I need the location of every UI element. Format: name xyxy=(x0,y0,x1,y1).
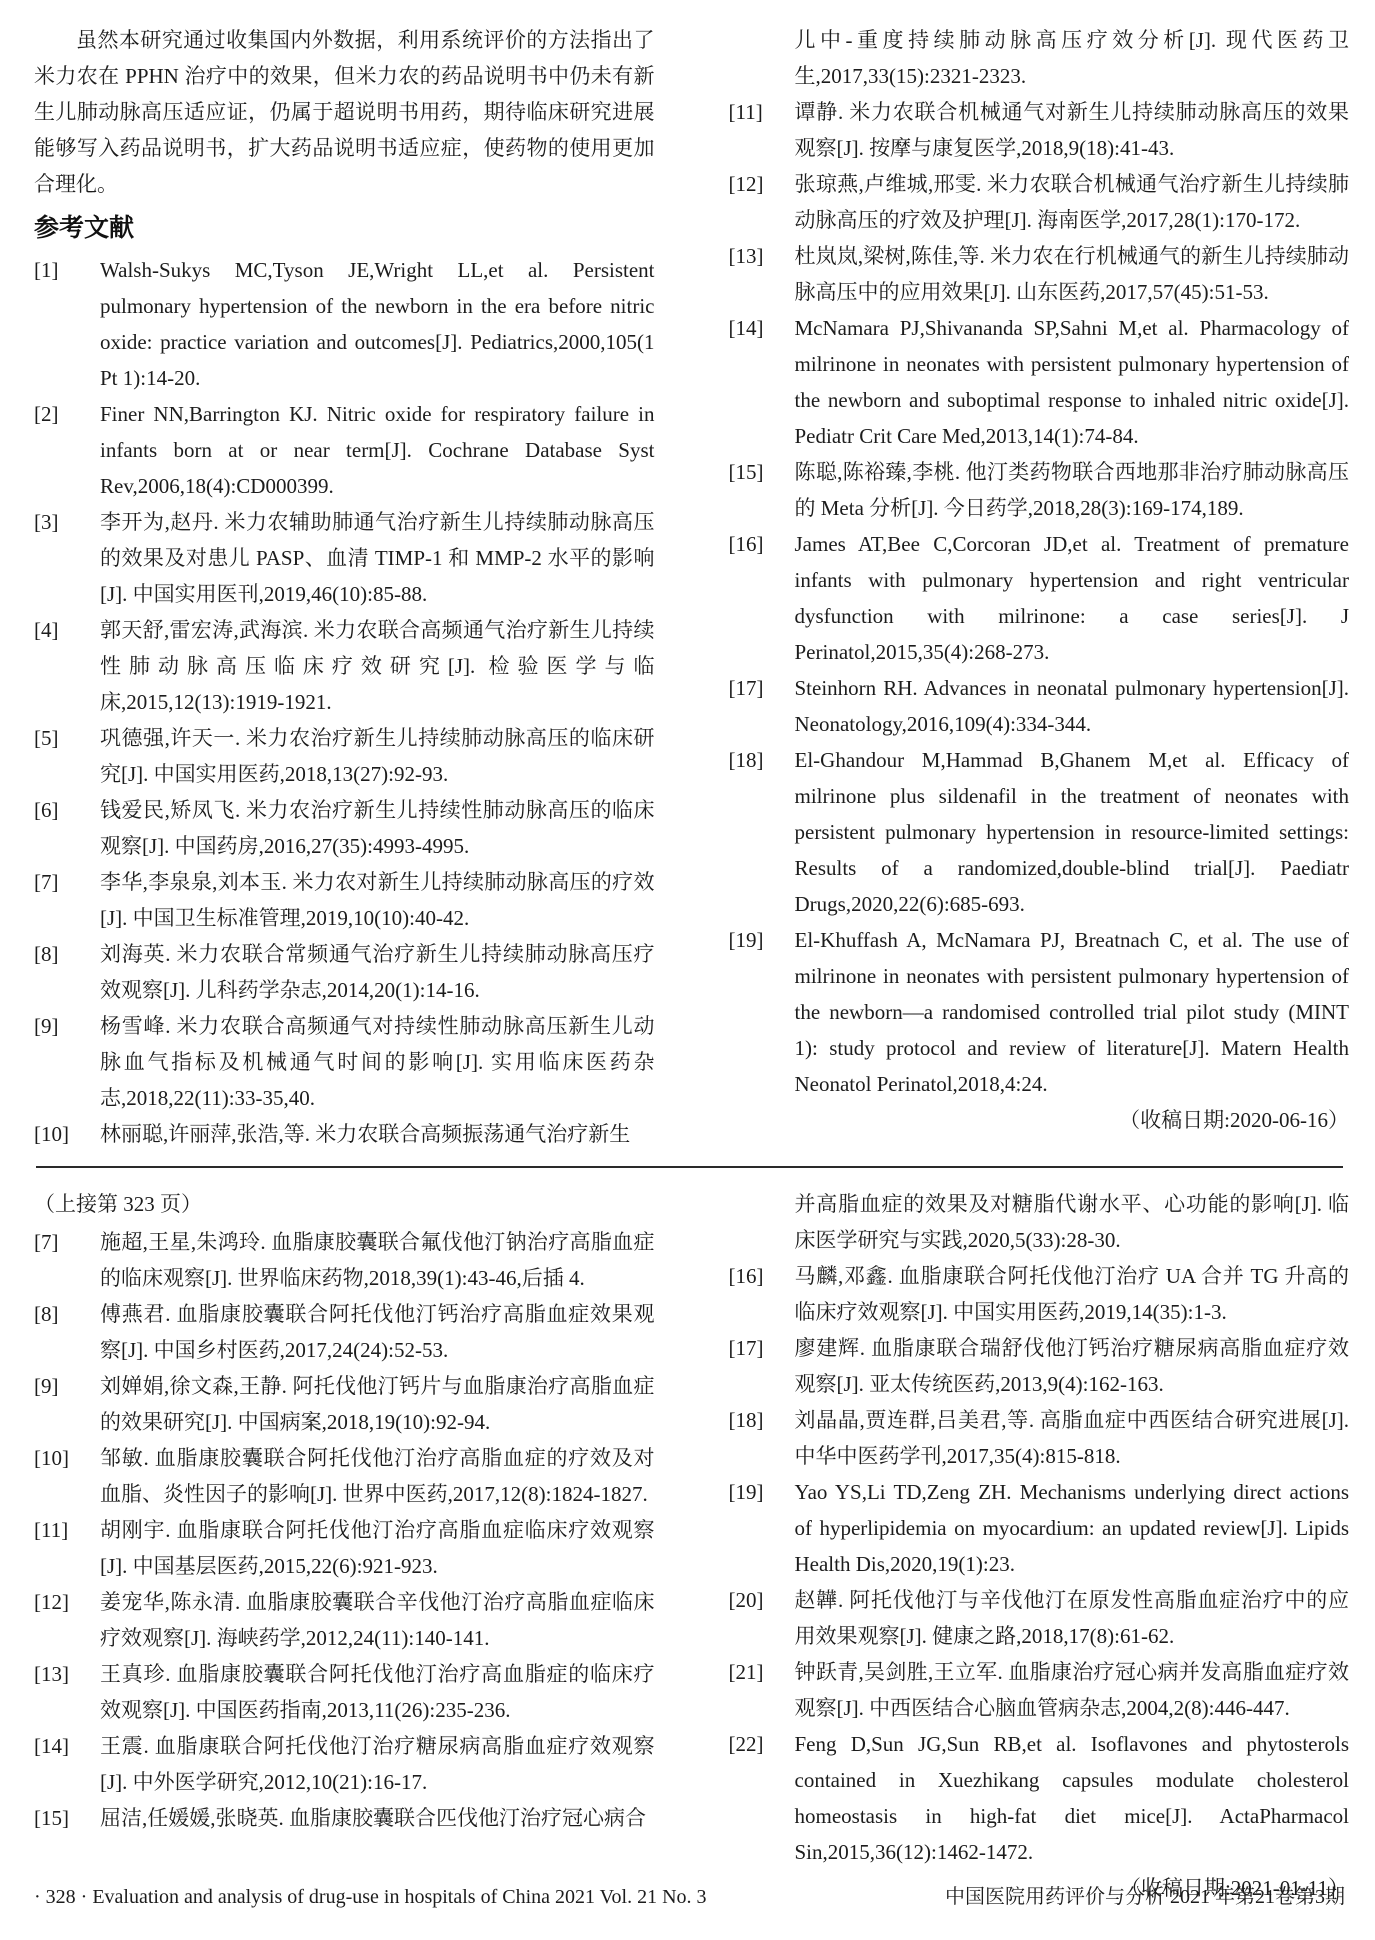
reference-number: [4] xyxy=(34,612,100,648)
reference-number: [10] xyxy=(34,1440,100,1476)
reference-item: [13] 杜岚岚,梁树,陈佳,等. 米力农在行机械通气的新生儿持续肺动脉高压中的… xyxy=(729,238,1350,310)
reference-number: [12] xyxy=(729,166,795,202)
reference-item: [8] 傅燕君. 血脂康胶囊联合阿托伐他汀钙治疗高脂血症效果观察[J]. 中国乡… xyxy=(34,1296,655,1368)
bottom-left-column: （上接第 323 页） [7] 施超,王星,朱鸿玲. 血脂康胶囊联合氟伐他汀钠治… xyxy=(34,1186,655,1906)
reference-item: [10] 林丽聪,许丽萍,张浩,等. 米力农联合高频振荡通气治疗新生 xyxy=(34,1116,655,1152)
reference-number: [15] xyxy=(34,1800,100,1836)
reference-text: 赵韡. 阿托伐他汀与辛伐他汀在原发性高脂血症治疗中的应用效果观察[J]. 健康之… xyxy=(795,1582,1350,1654)
references-list-bottom-left: [7] 施超,王星,朱鸿玲. 血脂康胶囊联合氟伐他汀钠治疗高脂血症的临床观察[J… xyxy=(34,1224,655,1836)
reference-item: [19] Yao YS,Li TD,Zeng ZH. Mechanisms un… xyxy=(729,1474,1350,1582)
footer-journal-cn: 中国医院用药评价与分析 2021 年第21卷第3期 xyxy=(945,1884,1345,1910)
reference-text: 陈聪,陈裕臻,李桃. 他汀类药物联合西地那非治疗肺动脉高压的 Meta 分析[J… xyxy=(795,454,1350,526)
reference-number: [5] xyxy=(34,720,100,756)
reference-item: [9] 刘婵娟,徐文森,王静. 阿托伐他汀钙片与血脂康治疗高脂血症的效果研究[J… xyxy=(34,1368,655,1440)
section-milrinone-references: 虽然本研究通过收集国内外数据，利用系统评价的方法指出了米力农在 PPHN 治疗中… xyxy=(34,22,1349,1152)
reference-item: [17] Steinhorn RH. Advances in neonatal … xyxy=(729,670,1350,742)
journal-page: 虽然本研究通过收集国内外数据，利用系统评价的方法指出了米力农在 PPHN 治疗中… xyxy=(0,0,1375,1940)
reference-text: Finer NN,Barrington KJ. Nitric oxide for… xyxy=(100,396,655,504)
reference-text: El-Ghandour M,Hammad B,Ghanem M,et al. E… xyxy=(795,742,1350,922)
reference-number: [13] xyxy=(34,1656,100,1692)
reference-text: El-Khuffash A, McNamara PJ, Breatnach C,… xyxy=(795,922,1350,1102)
reference-text: 王真珍. 血脂康胶囊联合阿托伐他汀治疗高血脂症的临床疗效观察[J]. 中国医药指… xyxy=(100,1656,655,1728)
reference-item: [6] 钱爱民,矫凤飞. 米力农治疗新生儿持续性肺动脉高压的临床观察[J]. 中… xyxy=(34,792,655,864)
reference-item: [14] 王震. 血脂康联合阿托伐他汀治疗糖尿病高脂血症疗效观察[J]. 中外医… xyxy=(34,1728,655,1800)
reference-item: [8] 刘海英. 米力农联合常频通气治疗新生儿持续肺动脉高压疗效观察[J]. 儿… xyxy=(34,936,655,1008)
section-divider-line xyxy=(36,1166,1343,1168)
reference-text: 马麟,邓鑫. 血脂康联合阿托伐他汀治疗 UA 合并 TG 升高的临床疗效观察[J… xyxy=(795,1258,1350,1330)
reference-item: 并高脂血症的效果及对糖脂代谢水平、心功能的影响[J]. 临床医学研究与实践,20… xyxy=(729,1186,1350,1258)
reference-number: [8] xyxy=(34,1296,100,1332)
reference-item: [12] 姜宠华,陈永清. 血脂康胶囊联合辛伐他汀治疗高脂血症临床疗效观察[J]… xyxy=(34,1584,655,1656)
reference-text: 刘海英. 米力农联合常频通气治疗新生儿持续肺动脉高压疗效观察[J]. 儿科药学杂… xyxy=(100,936,655,1008)
reference-number: [17] xyxy=(729,1330,795,1366)
reference-text: 廖建辉. 血脂康联合瑞舒伐他汀钙治疗糖尿病高脂血症疗效观察[J]. 亚太传统医药… xyxy=(795,1330,1350,1402)
reference-number: [9] xyxy=(34,1368,100,1404)
references-heading: 参考文献 xyxy=(34,208,655,248)
reference-text: 傅燕君. 血脂康胶囊联合阿托伐他汀钙治疗高脂血症效果观察[J]. 中国乡村医药,… xyxy=(100,1296,655,1368)
reference-number: [15] xyxy=(729,454,795,490)
intro-paragraph: 虽然本研究通过收集国内外数据，利用系统评价的方法指出了米力农在 PPHN 治疗中… xyxy=(34,22,655,202)
reference-number: [16] xyxy=(729,526,795,562)
reference-number: [16] xyxy=(729,1258,795,1294)
reference-text: 郭天舒,雷宏涛,武海滨. 米力农联合高频通气治疗新生儿持续性肺动脉高压临床疗效研… xyxy=(100,612,655,720)
reference-item: [16] 马麟,邓鑫. 血脂康联合阿托伐他汀治疗 UA 合并 TG 升高的临床疗… xyxy=(729,1258,1350,1330)
footer-page-number-journal-en: · 328 · Evaluation and analysis of drug-… xyxy=(34,1884,707,1910)
reference-item: [7] 李华,李泉泉,刘本玉. 米力农对新生儿持续肺动脉高压的疗效[J]. 中国… xyxy=(34,864,655,936)
section-xuezhikang-references: （上接第 323 页） [7] 施超,王星,朱鸿玲. 血脂康胶囊联合氟伐他汀钠治… xyxy=(34,1186,1349,1906)
reference-text: 屈洁,任媛媛,张晓英. 血脂康胶囊联合匹伐他汀治疗冠心病合 xyxy=(100,1800,655,1836)
reference-number: [18] xyxy=(729,742,795,778)
reference-item: [18] El-Ghandour M,Hammad B,Ghanem M,et … xyxy=(729,742,1350,922)
reference-item: [22] Feng D,Sun JG,Sun RB,et al. Isoflav… xyxy=(729,1726,1350,1870)
reference-text: James AT,Bee C,Corcoran JD,et al. Treatm… xyxy=(795,526,1350,670)
reference-text: 姜宠华,陈永清. 血脂康胶囊联合辛伐他汀治疗高脂血症临床疗效观察[J]. 海峡药… xyxy=(100,1584,655,1656)
reference-number: [19] xyxy=(729,922,795,958)
reference-text: 胡刚宇. 血脂康联合阿托伐他汀治疗高脂血症临床疗效观察[J]. 中国基层医药,2… xyxy=(100,1512,655,1584)
reference-text: Walsh-Sukys MC,Tyson JE,Wright LL,et al.… xyxy=(100,252,655,396)
reference-item: [16] James AT,Bee C,Corcoran JD,et al. T… xyxy=(729,526,1350,670)
reference-number: [11] xyxy=(34,1512,100,1548)
reference-item: [9] 杨雪峰. 米力农联合高频通气对持续性肺动脉高压新生儿动脉血气指标及机械通… xyxy=(34,1008,655,1116)
reference-number: [14] xyxy=(729,310,795,346)
reference-text: 杜岚岚,梁树,陈佳,等. 米力农在行机械通气的新生儿持续肺动脉高压中的应用效果[… xyxy=(795,238,1350,310)
page-footer: · 328 · Evaluation and analysis of drug-… xyxy=(34,1884,1345,1910)
top-left-column: 虽然本研究通过收集国内外数据，利用系统评价的方法指出了米力农在 PPHN 治疗中… xyxy=(34,22,655,1152)
reference-text: 林丽聪,许丽萍,张浩,等. 米力农联合高频振荡通气治疗新生 xyxy=(100,1116,655,1152)
reference-item: 儿中-重度持续肺动脉高压疗效分析[J]. 现代医药卫生,2017,33(15):… xyxy=(729,22,1350,94)
reference-item: [11] 谭静. 米力农联合机械通气对新生儿持续肺动脉高压的效果观察[J]. 按… xyxy=(729,94,1350,166)
reference-text: 施超,王星,朱鸿玲. 血脂康胶囊联合氟伐他汀钠治疗高脂血症的临床观察[J]. 世… xyxy=(100,1224,655,1296)
reference-number: [10] xyxy=(34,1116,100,1152)
reference-number: [9] xyxy=(34,1008,100,1044)
received-date-note: （收稿日期:2020-06-16） xyxy=(729,1102,1350,1138)
reference-item: [21] 钟跃青,吴剑胜,王立军. 血脂康治疗冠心病并发高脂血症疗效观察[J].… xyxy=(729,1654,1350,1726)
reference-number: [21] xyxy=(729,1654,795,1690)
reference-text: 谭静. 米力农联合机械通气对新生儿持续肺动脉高压的效果观察[J]. 按摩与康复医… xyxy=(795,94,1350,166)
reference-text: Steinhorn RH. Advances in neonatal pulmo… xyxy=(795,670,1350,742)
reference-item: [15] 屈洁,任媛媛,张晓英. 血脂康胶囊联合匹伐他汀治疗冠心病合 xyxy=(34,1800,655,1836)
reference-text: 邹敏. 血脂康胶囊联合阿托伐他汀治疗高脂血症的疗效及对血脂、炎性因子的影响[J]… xyxy=(100,1440,655,1512)
reference-number: [12] xyxy=(34,1584,100,1620)
reference-number: [14] xyxy=(34,1728,100,1764)
reference-text: 儿中-重度持续肺动脉高压疗效分析[J]. 现代医药卫生,2017,33(15):… xyxy=(795,22,1350,94)
reference-text: 张琼燕,卢维城,邢雯. 米力农联合机械通气治疗新生儿持续肺动脉高压的疗效及护理[… xyxy=(795,166,1350,238)
reference-item: [14] McNamara PJ,Shivananda SP,Sahni M,e… xyxy=(729,310,1350,454)
reference-number: [22] xyxy=(729,1726,795,1762)
reference-number: [17] xyxy=(729,670,795,706)
reference-item: [3] 李开为,赵丹. 米力农辅助肺通气治疗新生儿持续肺动脉高压的效果及对患儿 … xyxy=(34,504,655,612)
reference-item: [5] 巩德强,许天一. 米力农治疗新生儿持续肺动脉高压的临床研究[J]. 中国… xyxy=(34,720,655,792)
reference-text: McNamara PJ,Shivananda SP,Sahni M,et al.… xyxy=(795,310,1350,454)
reference-number: [20] xyxy=(729,1582,795,1618)
reference-text: 李开为,赵丹. 米力农辅助肺通气治疗新生儿持续肺动脉高压的效果及对患儿 PASP… xyxy=(100,504,655,612)
reference-text: 并高脂血症的效果及对糖脂代谢水平、心功能的影响[J]. 临床医学研究与实践,20… xyxy=(795,1186,1350,1258)
reference-number: [6] xyxy=(34,792,100,828)
reference-item: [10] 邹敏. 血脂康胶囊联合阿托伐他汀治疗高脂血症的疗效及对血脂、炎性因子的… xyxy=(34,1440,655,1512)
reference-item: [2] Finer NN,Barrington KJ. Nitric oxide… xyxy=(34,396,655,504)
reference-number: [3] xyxy=(34,504,100,540)
reference-text: 杨雪峰. 米力农联合高频通气对持续性肺动脉高压新生儿动脉血气指标及机械通气时间的… xyxy=(100,1008,655,1116)
reference-number: [19] xyxy=(729,1474,795,1510)
bottom-right-column: 并高脂血症的效果及对糖脂代谢水平、心功能的影响[J]. 临床医学研究与实践,20… xyxy=(729,1186,1350,1906)
reference-number: [13] xyxy=(729,238,795,274)
reference-item: [11] 胡刚宇. 血脂康联合阿托伐他汀治疗高脂血症临床疗效观察[J]. 中国基… xyxy=(34,1512,655,1584)
reference-text: Yao YS,Li TD,Zeng ZH. Mechanisms underly… xyxy=(795,1474,1350,1582)
reference-text: 巩德强,许天一. 米力农治疗新生儿持续肺动脉高压的临床研究[J]. 中国实用医药… xyxy=(100,720,655,792)
continued-from-note: （上接第 323 页） xyxy=(34,1186,655,1222)
reference-number: [8] xyxy=(34,936,100,972)
reference-text: Feng D,Sun JG,Sun RB,et al. Isoflavones … xyxy=(795,1726,1350,1870)
reference-number: [1] xyxy=(34,252,100,288)
reference-text: 钟跃青,吴剑胜,王立军. 血脂康治疗冠心病并发高脂血症疗效观察[J]. 中西医结… xyxy=(795,1654,1350,1726)
reference-text: 王震. 血脂康联合阿托伐他汀治疗糖尿病高脂血症疗效观察[J]. 中外医学研究,2… xyxy=(100,1728,655,1800)
references-list-bottom-right: 并高脂血症的效果及对糖脂代谢水平、心功能的影响[J]. 临床医学研究与实践,20… xyxy=(729,1186,1350,1870)
reference-number: [7] xyxy=(34,1224,100,1260)
reference-item: [7] 施超,王星,朱鸿玲. 血脂康胶囊联合氟伐他汀钠治疗高脂血症的临床观察[J… xyxy=(34,1224,655,1296)
reference-item: [17] 廖建辉. 血脂康联合瑞舒伐他汀钙治疗糖尿病高脂血症疗效观察[J]. 亚… xyxy=(729,1330,1350,1402)
reference-item: [13] 王真珍. 血脂康胶囊联合阿托伐他汀治疗高血脂症的临床疗效观察[J]. … xyxy=(34,1656,655,1728)
reference-item: [20] 赵韡. 阿托伐他汀与辛伐他汀在原发性高脂血症治疗中的应用效果观察[J]… xyxy=(729,1582,1350,1654)
reference-item: [19] El-Khuffash A, McNamara PJ, Breatna… xyxy=(729,922,1350,1102)
references-list-top-left: [1] Walsh-Sukys MC,Tyson JE,Wright LL,et… xyxy=(34,252,655,1152)
reference-item: [1] Walsh-Sukys MC,Tyson JE,Wright LL,et… xyxy=(34,252,655,396)
reference-item: [15] 陈聪,陈裕臻,李桃. 他汀类药物联合西地那非治疗肺动脉高压的 Meta… xyxy=(729,454,1350,526)
reference-item: [12] 张琼燕,卢维城,邢雯. 米力农联合机械通气治疗新生儿持续肺动脉高压的疗… xyxy=(729,166,1350,238)
reference-number: [2] xyxy=(34,396,100,432)
reference-text: 刘婵娟,徐文森,王静. 阿托伐他汀钙片与血脂康治疗高脂血症的效果研究[J]. 中… xyxy=(100,1368,655,1440)
reference-text: 刘晶晶,贾连群,吕美君,等. 高脂血症中西医结合研究进展[J]. 中华中医药学刊… xyxy=(795,1402,1350,1474)
top-right-column: 儿中-重度持续肺动脉高压疗效分析[J]. 现代医药卫生,2017,33(15):… xyxy=(729,22,1350,1152)
references-list-top-right: 儿中-重度持续肺动脉高压疗效分析[J]. 现代医药卫生,2017,33(15):… xyxy=(729,22,1350,1102)
reference-number: [7] xyxy=(34,864,100,900)
reference-number: [11] xyxy=(729,94,795,130)
reference-item: [18] 刘晶晶,贾连群,吕美君,等. 高脂血症中西医结合研究进展[J]. 中华… xyxy=(729,1402,1350,1474)
reference-text: 李华,李泉泉,刘本玉. 米力农对新生儿持续肺动脉高压的疗效[J]. 中国卫生标准… xyxy=(100,864,655,936)
reference-text: 钱爱民,矫凤飞. 米力农治疗新生儿持续性肺动脉高压的临床观察[J]. 中国药房,… xyxy=(100,792,655,864)
reference-item: [4] 郭天舒,雷宏涛,武海滨. 米力农联合高频通气治疗新生儿持续性肺动脉高压临… xyxy=(34,612,655,720)
reference-number: [18] xyxy=(729,1402,795,1438)
